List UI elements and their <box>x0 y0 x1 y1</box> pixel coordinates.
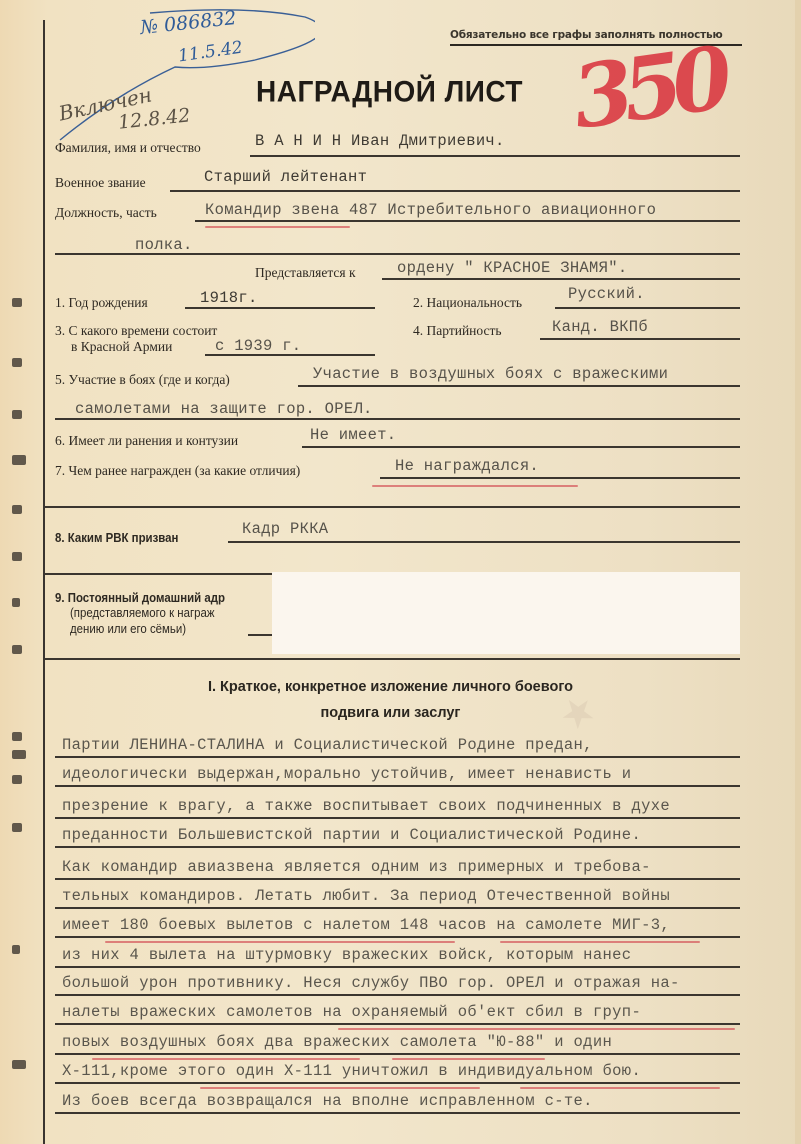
wounds-label: 6. Имеет ли ранения и контузии <box>55 433 238 449</box>
party-rule <box>540 338 740 340</box>
narrative-rule <box>55 936 740 938</box>
red-underline <box>372 485 578 487</box>
rvk-value: Кадр РККА <box>242 520 328 538</box>
position-rule-2 <box>55 253 740 255</box>
wounds-value: Не имеет. <box>310 426 396 444</box>
narrative-rule <box>55 1112 740 1114</box>
previous-awards-label: 7. Чем ранее награжден (за какие отличия… <box>55 463 300 479</box>
nationality-value: Русский. <box>568 285 645 303</box>
margin-mark <box>12 645 22 654</box>
narrative-line: из них 4 вылета на штурмовку вражеских в… <box>62 946 631 964</box>
service-since-label-2: в Красной Армии <box>71 339 172 355</box>
margin-mark <box>12 410 22 419</box>
narrative-rule <box>55 817 740 819</box>
position-value-line2: полка. <box>135 236 193 254</box>
red-underline <box>205 226 350 228</box>
margin-mark <box>12 945 20 954</box>
red-underline <box>500 941 700 943</box>
narrative-rule <box>55 756 740 758</box>
rank-label: Военное звание <box>55 175 146 191</box>
margin-mark <box>12 598 20 607</box>
margin-mark <box>12 1060 26 1069</box>
section1-heading-line1: I. Краткое, конкретное изложение личного… <box>0 679 791 695</box>
address-label-1: 9. Постоянный домашний адр <box>55 590 225 605</box>
margin-mark <box>12 298 22 307</box>
narrative-rule <box>55 846 740 848</box>
service-since-label-1: 3. С какого времени состоит <box>55 323 217 339</box>
combat-value-line1: Участие в воздушных боях с вражескими <box>313 365 668 383</box>
full-name-value: В А Н И Н Иван Дмитриевич. <box>255 132 505 150</box>
narrative-line: повых воздушных боях два вражеских самол… <box>62 1033 612 1051</box>
birth-year-label: 1. Год рождения <box>55 295 148 311</box>
party-value: Канд. ВКПб <box>552 318 648 336</box>
address-redaction <box>272 572 740 654</box>
wounds-rule <box>302 446 740 448</box>
rvk-rule <box>228 541 740 543</box>
narrative-line: Из боев всегда возвращался на вполне исп… <box>62 1092 593 1110</box>
narrative-line: налеты вражеских самолетов на охраняемый… <box>62 1003 641 1021</box>
narrative-rule <box>55 878 740 880</box>
full-name-label: Фамилия, имя и отчество <box>55 140 201 156</box>
nominated-rule <box>382 278 740 280</box>
nominated-value: ордену " КРАСНОЕ ЗНАМЯ". <box>397 259 627 277</box>
narrative-line: большой урон противнику. Неся службу ПВО… <box>62 974 680 992</box>
margin-mark <box>12 455 26 465</box>
rank-value: Старший лейтенант <box>204 168 367 186</box>
red-underline <box>200 1087 480 1089</box>
narrative-rule <box>55 1082 740 1084</box>
section1-heading-line2: подвига или заслуг <box>0 705 791 721</box>
service-since-value: с 1939 г. <box>215 337 301 355</box>
margin-mark <box>12 750 26 759</box>
previous-awards-value: Не награждался. <box>395 457 539 475</box>
red-registration-number: 350 <box>567 28 729 149</box>
nationality-label: 2. Национальность <box>413 295 522 311</box>
red-underline <box>338 1028 735 1030</box>
narrative-line: Партии ЛЕНИНА-СТАЛИНА и Социалистической… <box>62 736 593 754</box>
narrative-line: преданности Большевистской партии и Соци… <box>62 826 641 844</box>
page-title: НАГРАДНОЙ ЛИСТ <box>256 75 523 109</box>
narrative-rule <box>55 994 740 996</box>
narrative-line: Как командир авиазвена является одним из… <box>62 858 651 876</box>
position-value-line1: Командир звена 487 Истребительного авиац… <box>205 201 656 219</box>
page-margin-line <box>43 20 45 1144</box>
address-rule <box>248 634 272 636</box>
combat-rule-2 <box>55 418 740 420</box>
narrative-rule <box>55 966 740 968</box>
margin-mark <box>12 505 22 514</box>
narrative-line: идеологически выдержан,морально устойчив… <box>62 765 631 783</box>
narrative-rule <box>55 1023 740 1025</box>
red-underline <box>520 1087 720 1089</box>
narrative-line: имеет 180 боевых вылетов с налетом 148 ч… <box>62 916 670 934</box>
narrative-rule <box>55 1053 740 1055</box>
party-label: 4. Партийность <box>413 323 502 339</box>
nominated-label: Представляется к <box>255 265 356 281</box>
red-underline <box>105 941 455 943</box>
section-divider <box>45 658 740 660</box>
birth-year-rule <box>185 307 375 309</box>
margin-mark <box>12 823 22 832</box>
margin-mark <box>12 775 22 784</box>
red-underline <box>392 1058 545 1060</box>
previous-awards-rule <box>380 477 740 479</box>
margin-mark <box>12 552 22 561</box>
nationality-rule <box>555 307 740 309</box>
service-since-rule <box>205 354 375 356</box>
birth-year-value: 1918г. <box>200 289 258 307</box>
narrative-line: презрение к врагу, а также воспитывает с… <box>62 797 670 815</box>
margin-mark <box>12 732 22 741</box>
margin-mark <box>12 358 22 367</box>
narrative-rule <box>55 785 740 787</box>
red-underline <box>92 1058 360 1060</box>
position-rule-1 <box>195 220 740 222</box>
narrative-rule <box>55 907 740 909</box>
full-name-rule <box>250 155 740 157</box>
combat-value-line2: самолетами на защите гор. ОРЕЛ. <box>75 400 373 418</box>
rank-rule <box>170 190 740 192</box>
narrative-line: тельных командиров. Летать любит. За пер… <box>62 887 670 905</box>
narrative-line: Х-111,кроме этого один Х-111 уничтожил в… <box>62 1062 641 1080</box>
combat-rule-1 <box>298 385 740 387</box>
divider-rule <box>45 506 740 508</box>
page-edge <box>795 0 801 1144</box>
combat-label: 5. Участие в боях (где и когда) <box>55 372 230 388</box>
rvk-label: 8. Каким РВК призван <box>55 530 178 545</box>
address-label-3: дению или его сёмьи) <box>70 621 186 636</box>
address-label-2: (представляемого к награж <box>70 605 214 620</box>
position-label: Должность, часть <box>55 205 157 221</box>
